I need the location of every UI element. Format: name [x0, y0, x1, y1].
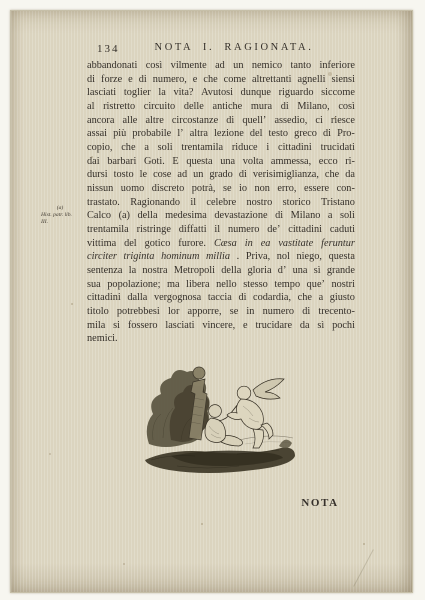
text-line: titolopotrebbesilorapporre,seinnumerodit… — [87, 305, 355, 319]
foxing-specks — [11, 11, 13, 13]
page-number: 134 — [97, 43, 120, 55]
text-line: suapopolazione;maliberanellostessotempoq… — [87, 278, 355, 292]
text-line: sentenzalanostraMetropolidellagloriad’un… — [87, 264, 355, 278]
paper-scratch — [353, 549, 374, 587]
text-line: nemici. — [87, 332, 355, 346]
text-line: copio,cheasolitrentamilariduceicittadini… — [87, 141, 355, 155]
body-text: abbandonaticosìvilmenteadunnemicotantoin… — [87, 59, 355, 346]
text-line: dursitostolecoseadungradodiverisimiglian… — [87, 168, 355, 182]
text-line: diforzeedinumero,echecomealtrettantiagne… — [87, 73, 355, 87]
running-head: 134 NOTA I. RAGIONATA. — [87, 42, 355, 58]
book-page: 134 NOTA I. RAGIONATA. abbandonaticosìvi… — [10, 10, 413, 593]
margin-note: (a) Hist. patr. lib. III. — [41, 205, 87, 226]
text-line: abbandonaticosìvilmenteadunnemicotantoin… — [87, 59, 355, 73]
catchword: NOTA — [260, 497, 380, 509]
text-line: alristrettocircuitodelleantichemuradiMil… — [87, 100, 355, 114]
text-line: lasciatitoglierlavita?Avutosidunquerigua… — [87, 86, 355, 100]
text-line: ancoraallealtrecircostanzediquell’assedi… — [87, 114, 355, 128]
text-line: assaipiùprobabilel’altralezionedeltestog… — [87, 127, 355, 141]
text-line: daibarbariGoti.Equestaunavoltaammessa,ec… — [87, 155, 355, 169]
text-line: vittimadelgoticofurore.Cæsaineavastitate… — [87, 237, 355, 251]
text-line: milasifosserolasciativincere,etrucidared… — [87, 319, 355, 333]
text-line: trastato.Ragionandoilcelebrenostrostoric… — [87, 196, 355, 210]
scanned-book-page: { "page": { "number": "134", "running_ti… — [0, 0, 425, 600]
margin-note-line: (a) — [41, 205, 87, 212]
text-line: circitertrigintahominummillia.Priva,noln… — [87, 250, 355, 264]
text-line: trentamilaristringediffattiilnumerode’ci… — [87, 223, 355, 237]
text-line: cittadinidallavergognosatacciadicodardia… — [87, 291, 355, 305]
margin-note-line: Hist. patr. lib. — [41, 212, 87, 219]
text-line: Calco(a)dellamedesimadevastazionediMilan… — [87, 209, 355, 223]
text-line: nissunuomodiscretopotrà,seiononerro,esse… — [87, 182, 355, 196]
margin-note-line: III. — [41, 219, 87, 226]
running-title: NOTA I. RAGIONATA. — [87, 42, 355, 53]
vignette-engraving — [141, 348, 301, 486]
